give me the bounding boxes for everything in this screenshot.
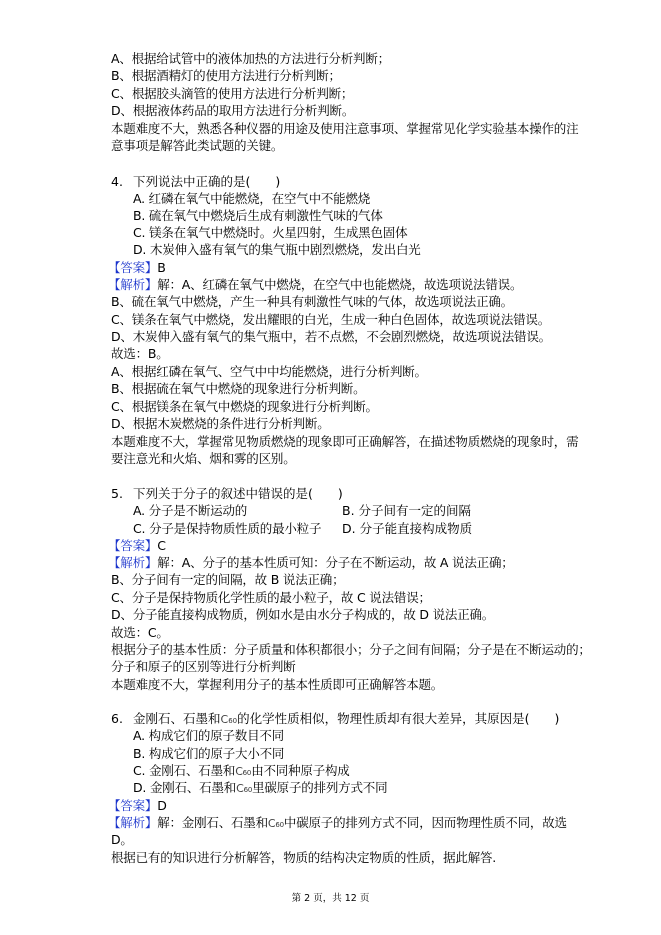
question-4-option-c: C. 镁条在氧气中燃烧时。火星四射，生成黑色固体: [133, 224, 407, 241]
option-text: 由不同种原子构成: [251, 763, 349, 778]
question-5-option-d: D. 分子能直接构成物质: [342, 520, 472, 537]
prev-analysis-line: D、根据液体药品的取用方法进行分析判断。: [111, 102, 354, 119]
analysis-line: B、根据硫在氧气中燃烧的现象进行分析判断。: [111, 380, 365, 397]
prev-analysis-line: A、根据给试管中的液体加热的方法进行分析判断；: [111, 50, 390, 67]
analysis-line: D、根据木炭燃烧的条件进行分析判断。: [111, 415, 330, 432]
question-6-option-d: D. 金刚石、石墨和C60里碳原子的排列方式不同: [133, 779, 387, 799]
question-4-number: 4.: [111, 173, 123, 190]
question-6-analysis-first: 【解析】解：金刚石、石墨和C60中碳原子的排列方式不同，因而物理性质不同，故选: [108, 814, 567, 834]
answer-label: 【答案】: [108, 798, 157, 813]
question-6-number: 6.: [111, 710, 123, 727]
question-5-stem: 下列关于分子的叙述中错误的是( ): [133, 485, 343, 502]
analysis-line: 故选：C。: [111, 624, 169, 641]
analysis-line: B、硫在氧气中燃烧，产生一种具有刺激性气味的气体，故选项说法正确。: [111, 293, 513, 310]
analysis-text: 解：金刚石、石墨和: [157, 815, 268, 830]
answer-value: D: [157, 798, 166, 813]
question-4-option-b: B. 硫在氧气中燃烧后生成有刺激性气味的气体: [133, 207, 383, 224]
answer-value: B: [157, 260, 165, 275]
analysis-line: D。: [111, 831, 133, 848]
analysis-line: 故选：B。: [111, 345, 169, 362]
analysis-line: 根据已有的知识进行分析解答，物质的结构决定物质的性质，据此解答.: [111, 849, 496, 866]
prev-analysis-line: B、根据酒精灯的使用方法进行分析判断；: [111, 67, 341, 84]
analysis-line: C、分子是保持物质化学性质的最小粒子，故 C 说法错误；: [111, 589, 431, 606]
document-page: A、根据给试管中的液体加热的方法进行分析判断； B、根据酒精灯的使用方法进行分析…: [0, 0, 661, 935]
analysis-label: 【解析】: [108, 815, 157, 830]
question-4-analysis-first: 【解析】解：A、红磷在氧气中燃烧，在空气中也能燃烧，故选项说法错误。: [108, 276, 522, 293]
analysis-text: 解：A、分子的基本性质可知：分子在不断运动，故 A 说法正确；: [157, 555, 513, 570]
answer-label: 【答案】: [108, 538, 157, 553]
analysis-label: 【解析】: [108, 277, 157, 292]
analysis-text: 解：A、红磷在氧气中燃烧，在空气中也能燃烧，故选项说法错误。: [157, 277, 522, 292]
question-4-option-d: D. 木炭伸入盛有氧气的集气瓶中剧烈燃烧，发出白光: [133, 241, 421, 258]
analysis-line: C、根据镁条在氧气中燃烧的现象进行分析判断。: [111, 398, 378, 415]
answer-label: 【答案】: [108, 260, 157, 275]
stem-text: 的化学性质相似，物理性质却有很大差异，其原因是( ): [237, 711, 559, 726]
analysis-line: D、分子能直接构成物质，例如水是由水分子构成的，故 D 说法正确。: [111, 606, 494, 623]
analysis-line: 分子和原子的区别等进行分析判断: [111, 658, 296, 675]
question-4-stem: 下列说法中正确的是( ): [133, 173, 280, 190]
question-5-option-c: C. 分子是保持物质性质的最小粒子: [133, 520, 321, 537]
answer-value: C: [157, 538, 166, 553]
c60-symbol: C: [235, 765, 242, 778]
analysis-line: C、镁条在氧气中燃烧，发出耀眼的白光，生成一种白色固体，故选项说法错误。: [111, 311, 550, 328]
c60-symbol: C: [236, 782, 243, 795]
option-text: C. 金刚石、石墨和: [133, 763, 235, 778]
question-4-answer: 【答案】B: [108, 259, 166, 276]
analysis-line: 本题难度不大，掌握利用分子的基本性质即可正确解答本题。: [111, 676, 443, 693]
question-4-option-a: A. 红磷在氧气中能燃烧，在空气中不能燃烧: [133, 190, 370, 207]
prev-analysis-summary: 本题难度不大，熟悉各种仪器的用途及使用注意事项、掌握常见化学实验基本操作的注: [111, 120, 578, 137]
question-6-answer: 【答案】D: [108, 797, 167, 814]
stem-text: 金刚石、石墨和: [133, 711, 221, 726]
c60-subscript: 60: [243, 769, 252, 777]
page-number-footer: 第 2 页，共 12 页: [0, 890, 661, 904]
question-6-option-a: A. 构成它们的原子数目不同: [133, 727, 284, 744]
question-5-option-a: A. 分子是不断运动的: [133, 502, 247, 519]
option-text: 里碳原子的排列方式不同: [252, 780, 387, 795]
c60-subscript: 60: [244, 786, 253, 794]
prev-analysis-summary: 意事项是解答此类试题的关键。: [111, 137, 283, 154]
analysis-line: 根据分子的基本性质：分子质量和体积都很小；分子之间有间隔；分子是在不断运动的；: [111, 641, 591, 658]
question-5-answer: 【答案】C: [108, 537, 166, 554]
analysis-line: 本题难度不大，掌握常见物质燃烧的现象即可正确解答，在描述物质燃烧的现象时，需: [111, 433, 578, 450]
question-6-option-b: B. 构成它们的原子大小不同: [133, 745, 284, 762]
analysis-line: A、根据红磷在氧气、空气中中均能燃烧，进行分析判断。: [111, 363, 427, 380]
analysis-label: 【解析】: [108, 555, 157, 570]
analysis-line: B、分子间有一定的间隔，故 B 说法正确；: [111, 571, 344, 588]
analysis-text: 中碳原子的排列方式不同，因而物理性质不同，故选: [284, 815, 567, 830]
analysis-line: 要注意光和火焰、烟和雾的区别。: [111, 450, 296, 467]
question-5-option-b: B. 分子间有一定的间隔: [342, 502, 471, 519]
prev-analysis-line: C、根据胶头滴管的使用方法进行分析判断；: [111, 85, 353, 102]
option-text: D. 金刚石、石墨和: [133, 780, 236, 795]
analysis-line: D、木炭伸入盛有氧气的集气瓶中，若不点燃，不会剧烈燃烧，故选项说法错误。: [111, 328, 551, 345]
c60-subscript: 60: [228, 717, 237, 725]
c60-subscript: 60: [275, 821, 284, 829]
question-5-number: 5.: [111, 485, 123, 502]
question-5-analysis-first: 【解析】解：A、分子的基本性质可知：分子在不断运动，故 A 说法正确；: [108, 554, 514, 571]
